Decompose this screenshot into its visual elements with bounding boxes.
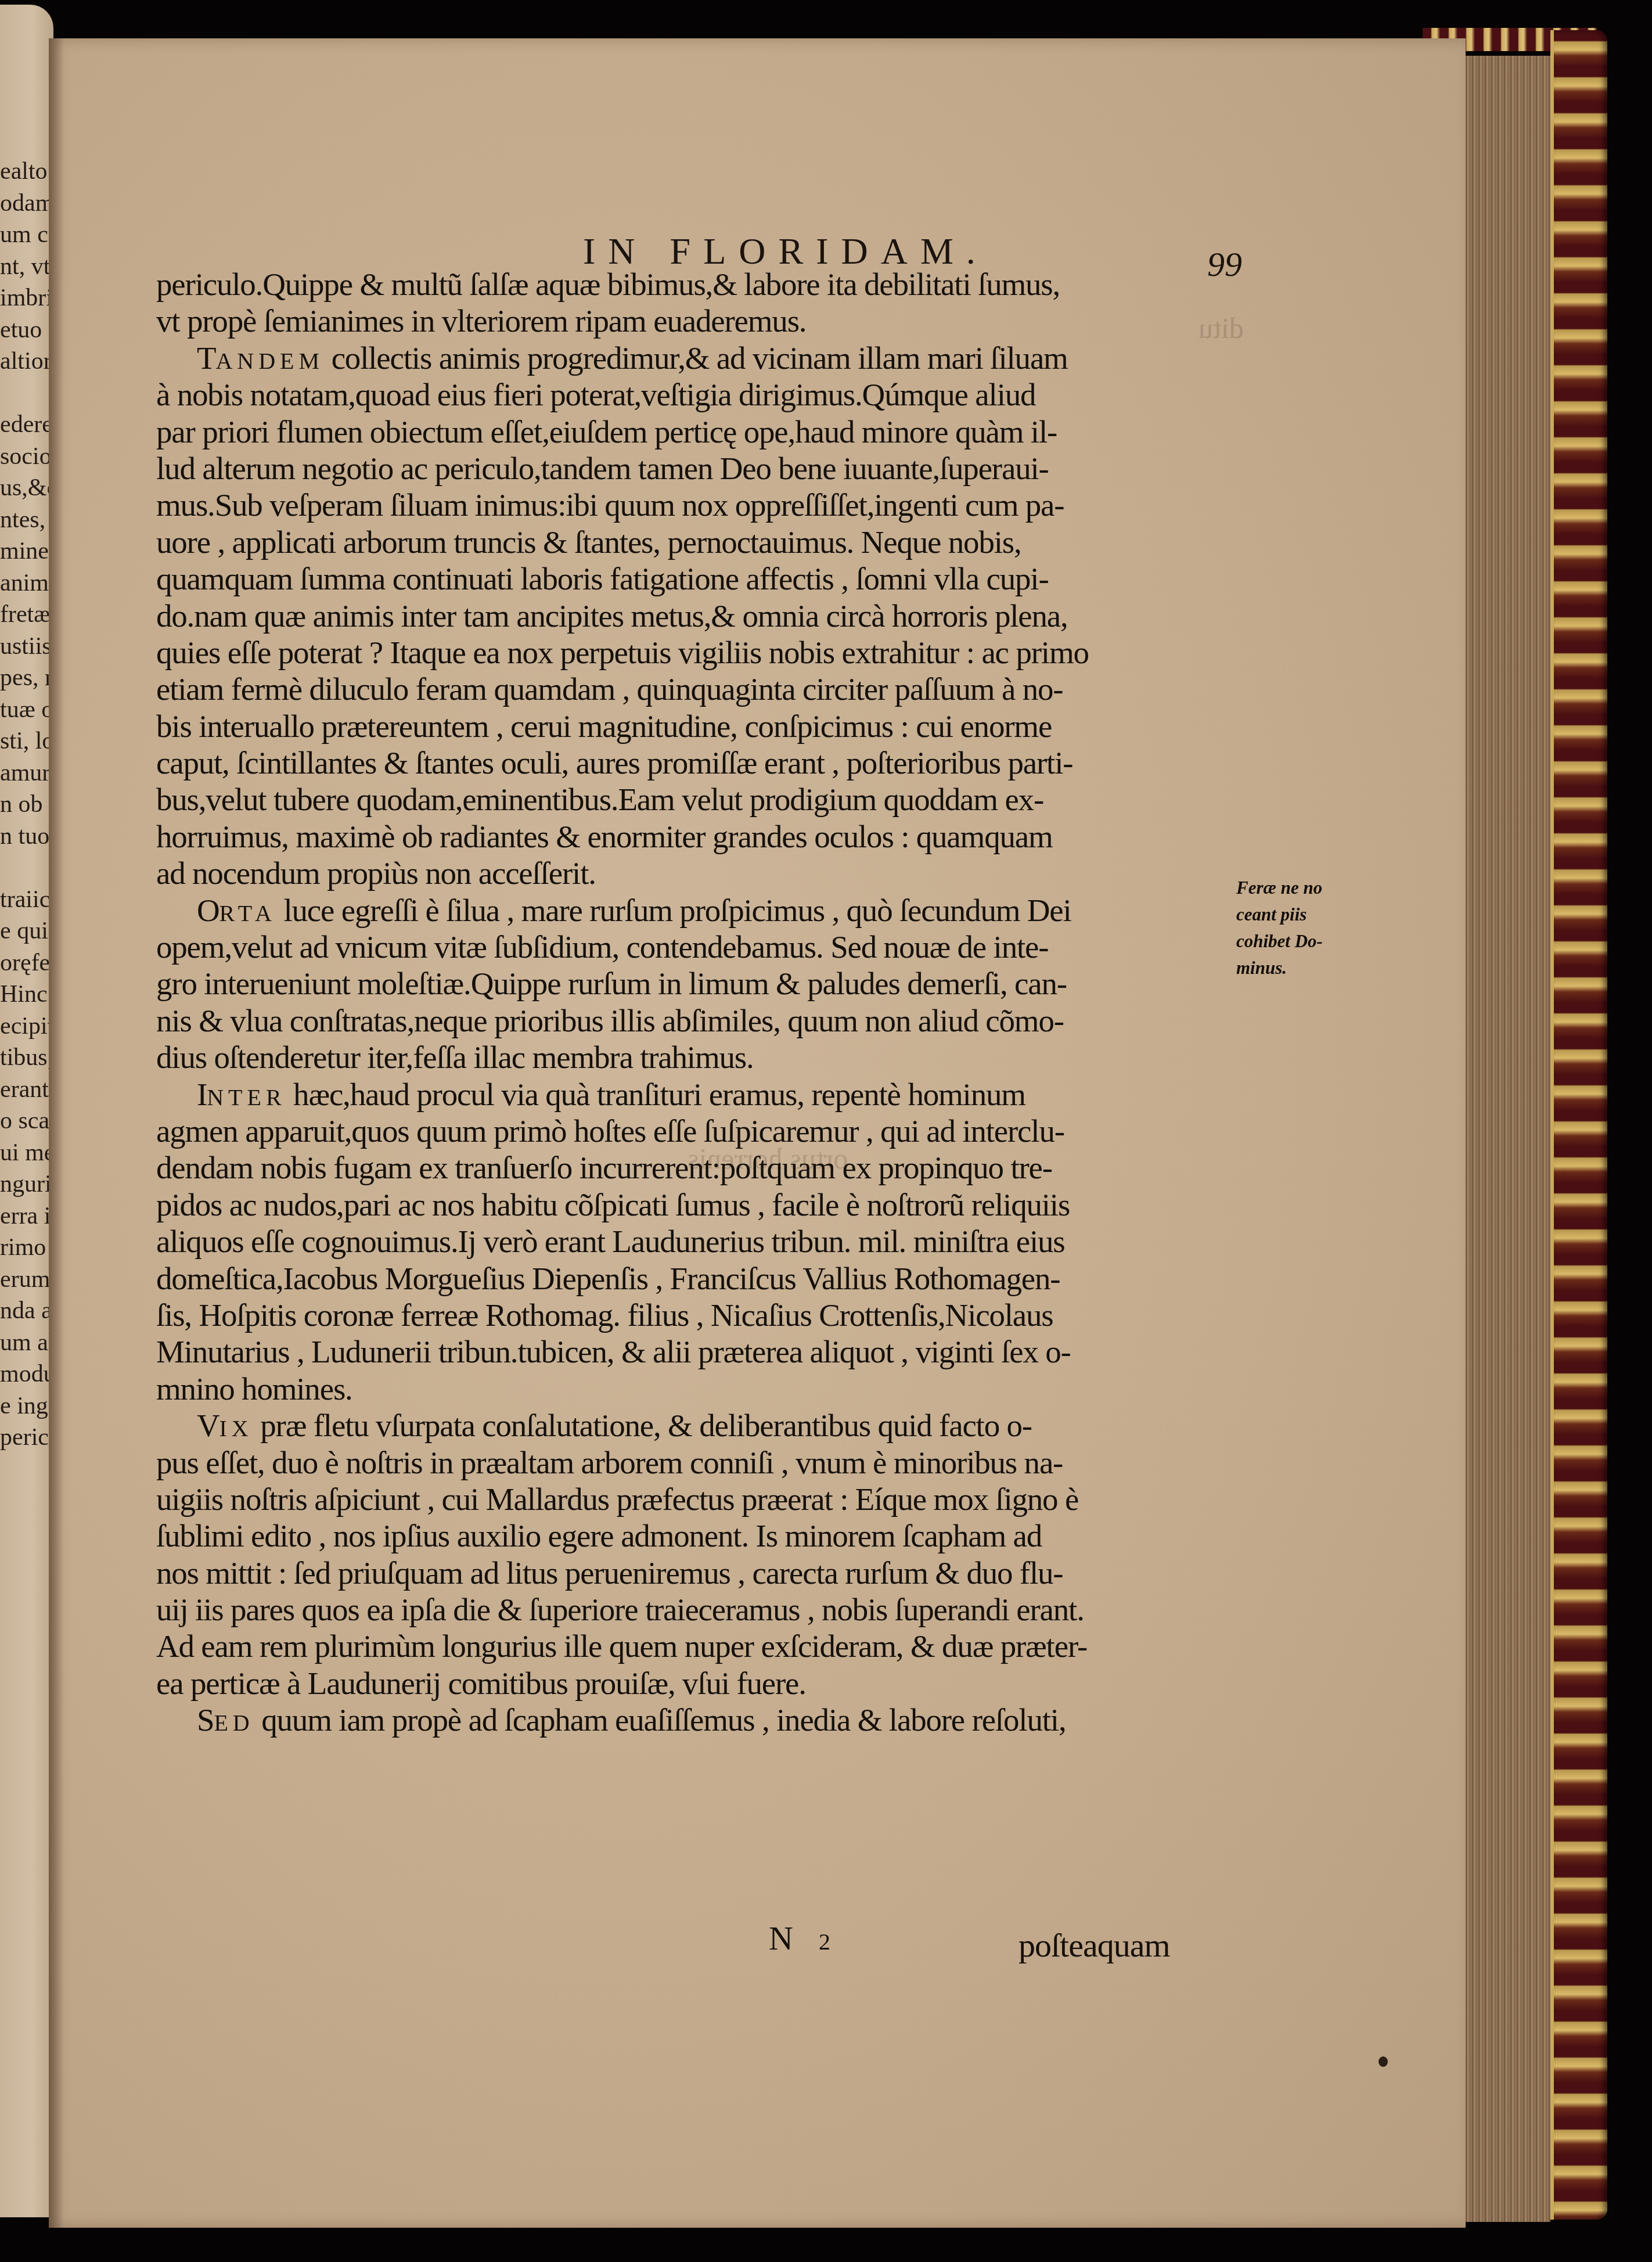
text-line-content: bis interuallo prætereuntem , cerui magn… <box>156 709 1052 744</box>
text-line: uij iis pares quos ea ipſa die & ſuperio… <box>156 1591 1210 1628</box>
facing-page-line: o scalpro <box>0 1105 53 1137</box>
facing-page-line: erantia <box>0 1074 53 1106</box>
facing-page-line: etuo quo. <box>0 314 53 346</box>
facing-page-line: odamcai. <box>0 188 53 220</box>
text-line: par priori flumen obiectum eſſet,eiuſdem… <box>156 413 1210 450</box>
text-line: agmen apparuit,quos quum primò hoſtes eſ… <box>156 1113 1210 1149</box>
facing-page-line: pericula <box>0 1422 53 1454</box>
facing-page-line: um alia <box>0 1327 53 1359</box>
text-line-content: quum iam propè ad ſcapham euaſiſſemus , … <box>254 1702 1066 1738</box>
facing-page-line: ederemus, <box>0 409 53 441</box>
paragraph-lead-initial: V <box>197 1408 219 1443</box>
paragraph-lead-initial: T <box>197 340 215 376</box>
text-line-content: quies eſſe poterat ? Itaque ea nox perpe… <box>156 635 1089 670</box>
facing-page-line: rimo ob. <box>0 1232 53 1264</box>
facing-page-line: um caulis <box>0 219 53 251</box>
text-line-content: à nobis notatam,quoad eius fieri poterat… <box>156 377 1035 412</box>
facing-page-line <box>0 377 53 409</box>
text-line: Ad eam rem plurimùm longurius ille quem … <box>156 1628 1210 1664</box>
text-line-content: ſublimi edito , nos ipſius auxilio egere… <box>156 1518 1042 1553</box>
facing-page-line: nda aqu <box>0 1295 53 1327</box>
facing-page-line: imbribus <box>0 282 53 314</box>
text-line: lud alterum negotio ac periculo,tandem t… <box>156 450 1210 487</box>
text-line-content: mus.Sub veſperam ſiluam inimus:ibi quum … <box>156 487 1064 523</box>
text-line-content: luce egreſſi è ſilua , mare rurſum proſp… <box>276 893 1071 928</box>
text-line-content: lud alterum negotio ac periculo,tandem t… <box>156 451 1049 486</box>
text-line-content: ad nocendum propiùs non acceſſerit. <box>156 855 596 891</box>
text-line-content: dius oſtenderetur iter,feſſa illac membr… <box>156 1040 754 1075</box>
text-line: etiam fermè diluculo feram quamdam , qui… <box>156 671 1210 707</box>
facing-page-line: e quidem <box>0 915 53 947</box>
marginal-note-line: cohibet Do- <box>1236 928 1318 955</box>
facing-page-line: sti, locum <box>0 725 53 757</box>
facing-page-line: ntes, ma. <box>0 504 53 536</box>
text-line-content: caput, ſcintillantes & ſtantes oculi, au… <box>156 745 1072 781</box>
facing-page-line: e ingen <box>0 1390 53 1422</box>
binding-gilt-tooled-border <box>1550 30 1607 2220</box>
text-line-content: nis & vlua conſtratas,neque prioribus il… <box>156 1003 1064 1038</box>
facing-page-line: tuæ oblie, <box>0 694 53 726</box>
facing-page-line: ui me an. <box>0 1137 53 1169</box>
text-line-content: pus eſſet, duo è noſtris in præaltam arb… <box>156 1445 1063 1480</box>
text-line-content: par priori flumen obiectum eſſet,eiuſdem… <box>156 414 1057 449</box>
text-line-content: aliquos eſſe cognouimus.Ij verò erant La… <box>156 1224 1065 1259</box>
recto-page: ditu ortus horrenis IN FLORIDAM. 99 peri… <box>49 38 1466 2228</box>
text-line-content: do.nam quæ animis inter tam ancipites me… <box>156 598 1068 634</box>
text-line-content: collectis animis progredimur,& ad vicina… <box>324 340 1068 376</box>
gutter-shadow <box>49 38 64 2228</box>
signature-number: 2 <box>819 1929 830 1955</box>
text-line-content: etiam fermè diluculo feram quamdam , qui… <box>156 671 1063 707</box>
facing-page-line: altiores a. <box>0 346 53 377</box>
text-line-content: mnino homines. <box>156 1371 352 1407</box>
text-line-content: præ fletu vſurpata conſalutatione, & del… <box>253 1408 1032 1443</box>
text-line: VIX præ fletu vſurpata conſalutatione, &… <box>156 1407 1210 1444</box>
text-line: bis interuallo prætereuntem , cerui magn… <box>156 708 1210 745</box>
text-line-content: domeſtica,Iacobus Morgueſius Diepenſis ,… <box>156 1261 1060 1296</box>
facing-page-line: traiicien <box>0 884 53 916</box>
text-line-content: quamquam ſumma continuati laboris fatiga… <box>156 561 1049 596</box>
marginal-note-line: Feræ ne no <box>1236 875 1318 901</box>
facing-page-line: Hinc no. <box>0 979 53 1010</box>
text-line: quies eſſe poterat ? Itaque ea nox perpe… <box>156 634 1210 671</box>
text-line: mnino homines. <box>156 1371 1210 1407</box>
text-line: caput, ſcintillantes & ſtantes oculi, au… <box>156 745 1210 781</box>
text-line-content: horruimus, maximè ob radiantes & enormit… <box>156 819 1053 854</box>
facing-page-line: sociorum <box>0 441 53 473</box>
marginal-note-line: minus. <box>1236 955 1318 981</box>
facing-page-line: n ob aliud <box>0 789 53 821</box>
text-line-content: ſis, Hoſpitis coronæ ferreæ Rothomag. fi… <box>156 1297 1053 1333</box>
text-line: INTER hæc,haud procul via quà tranſituri… <box>156 1076 1210 1113</box>
catchword: poſteaquam <box>1018 1926 1170 1965</box>
facing-page-line: us,&cum <box>0 472 53 504</box>
text-line-content: pidos ac nudos,pari ac nos habitu cõſpic… <box>156 1187 1070 1222</box>
text-line: pus eſſet, duo è noſtris in præaltam arb… <box>156 1444 1210 1481</box>
facing-page-line: erra in a. <box>0 1200 53 1232</box>
facing-page-line: tibus, va. <box>0 1042 53 1074</box>
paragraph-lead-initial: S <box>197 1702 214 1738</box>
text-line-content: opem,velut ad vnicum vitæ ſubſidium, con… <box>156 929 1048 965</box>
text-line: periculo.Quippe & multũ ſalſæ aquæ bibim… <box>156 266 1210 303</box>
facing-page-line: erum ca. <box>0 1264 53 1296</box>
facing-page-line: ustiis mo. <box>0 631 53 663</box>
text-line: uigiis noſtris aſpiciunt , cui Mallardus… <box>156 1481 1210 1517</box>
marginal-note: Feræ ne no ceant piis cohibet Do- minus. <box>1236 875 1318 981</box>
page-number: 99 <box>1207 244 1242 285</box>
text-line: vt propè ſemianimes in vlteriorem ripam … <box>156 303 1210 339</box>
text-line: uore , applicati arborum truncis & ſtant… <box>156 524 1210 560</box>
facing-page-text: ealto limoodamcai.um caulisnt, vt fan.im… <box>0 156 53 1454</box>
text-line-content: bus,velut tubere quodam,eminentibus.Eam … <box>156 782 1043 817</box>
text-line-content: nos mittit : ſed priuſquam ad litus peru… <box>156 1555 1063 1591</box>
text-line: bus,velut tubere quodam,eminentibus.Eam … <box>156 781 1210 818</box>
text-line: nos mittit : ſed priuſquam ad litus peru… <box>156 1555 1210 1591</box>
text-line-content: uigiis noſtris aſpiciunt , cui Mallardus… <box>156 1481 1078 1517</box>
text-line: TANDEM collectis animis progredimur,& ad… <box>156 340 1210 376</box>
body-text: periculo.Quippe & multũ ſalſæ aquæ bibim… <box>156 266 1210 1739</box>
text-line: horruimus, maximè ob radiantes & enormit… <box>156 818 1210 855</box>
text-line-content: periculo.Quippe & multũ ſalſæ aquæ bibim… <box>156 267 1060 302</box>
signature-letter: N <box>769 1919 793 1957</box>
text-line: Minutarius , Ludunerii tribun.tubicen, &… <box>156 1333 1210 1370</box>
text-line-content: gro interueniunt moleſtiæ.Quippe rurſum … <box>156 966 1067 1001</box>
paragraph-lead-smallcaps: IX <box>219 1415 253 1441</box>
facing-page-line: mine, &. <box>0 535 53 567</box>
page-block-fore-edge <box>1463 56 1550 2222</box>
facing-page-line: ecipitia. <box>0 1010 53 1042</box>
paragraph-lead-initial: I <box>197 1077 207 1112</box>
facing-page-line: pes, ne pa. <box>0 662 53 694</box>
text-line: à nobis notatam,quoad eius fieri poterat… <box>156 376 1210 413</box>
text-line: ea perticæ à Laudunerij comitibus prouiſ… <box>156 1665 1210 1702</box>
text-line: gro interueniunt moleſtiæ.Quippe rurſum … <box>156 965 1210 1002</box>
text-line: dius oſtenderetur iter,feſſa illac membr… <box>156 1039 1210 1076</box>
facing-page-line: n tuorum <box>0 821 53 853</box>
text-line: ſis, Hoſpitis coronæ ferreæ Rothomag. fi… <box>156 1297 1210 1333</box>
text-line-content: Ad eam rem plurimùm longurius ille quem … <box>156 1628 1087 1664</box>
text-line-content: hæc,haud procul via quà tranſituri eramu… <box>286 1077 1025 1112</box>
signature-mark: N2 <box>769 1919 830 1958</box>
text-line-content: agmen apparuit,quos quum primò hoſtes eſ… <box>156 1113 1064 1149</box>
facing-page-line: animæ no. <box>0 567 53 599</box>
paragraph-lead-smallcaps: ED <box>214 1710 254 1736</box>
text-line: mus.Sub veſperam ſiluam inimus:ibi quum … <box>156 487 1210 523</box>
text-line: SED quum iam propè ad ſcapham euaſiſſemu… <box>156 1702 1210 1738</box>
text-line: ORTA luce egreſſi è ſilua , mare rurſum … <box>156 892 1210 929</box>
text-line: quamquam ſumma continuati laboris fatiga… <box>156 560 1210 597</box>
ink-spot <box>1379 2056 1388 2067</box>
text-line-content: uij iis pares quos ea ipſa die & ſuperio… <box>156 1592 1084 1627</box>
marginal-note-line: ceant piis <box>1236 901 1318 928</box>
text-line: opem,velut ad vnicum vitæ ſubſidium, con… <box>156 929 1210 965</box>
text-line: ſublimi edito , nos ipſius auxilio egere… <box>156 1517 1210 1554</box>
facing-page-line: modum <box>0 1358 53 1390</box>
text-line-content: Minutarius , Ludunerii tribun.tubicen, &… <box>156 1334 1071 1369</box>
facing-page-fragment: ealto limoodamcai.um caulisnt, vt fan.im… <box>0 5 53 2217</box>
paragraph-lead-smallcaps: NTER <box>207 1084 286 1110</box>
text-line: aliquos eſſe cognouimus.Ij verò erant La… <box>156 1223 1210 1260</box>
text-line: domeſtica,Iacobus Morgueſius Diepenſis ,… <box>156 1260 1210 1297</box>
text-line-content: ea perticæ à Laudunerij comitibus prouiſ… <box>156 1666 806 1701</box>
text-line: do.nam quæ animis inter tam ancipites me… <box>156 598 1210 634</box>
text-line-content: uore , applicati arborum truncis & ſtant… <box>156 524 1021 560</box>
facing-page-line: nt, vt fan. <box>0 251 53 283</box>
text-line: dendam nobis fugam ex tranſuerſo incurre… <box>156 1149 1210 1186</box>
facing-page-line: amur, no <box>0 757 53 789</box>
facing-page-line <box>0 852 53 884</box>
facing-page-line: ealto limo <box>0 156 53 188</box>
text-line-content: dendam nobis fugam ex tranſuerſo incurre… <box>156 1150 1052 1185</box>
text-line-content: vt propè ſemianimes in vlteriorem ripam … <box>156 303 806 339</box>
text-line: pidos ac nudos,pari ac nos habitu cõſpic… <box>156 1186 1210 1223</box>
paragraph-lead-smallcaps: ANDEM <box>215 348 324 374</box>
paragraph-lead-smallcaps: RTA <box>219 900 276 926</box>
facing-page-line: oręfertim <box>0 947 53 979</box>
text-line: nis & vlua conſtratas,neque prioribus il… <box>156 1002 1210 1039</box>
facing-page-line: fretæ, in f. <box>0 599 53 631</box>
paragraph-lead-initial: O <box>197 893 219 928</box>
text-line: ad nocendum propiùs non acceſſerit. <box>156 855 1210 891</box>
facing-page-line: ngurijo. <box>0 1168 53 1200</box>
